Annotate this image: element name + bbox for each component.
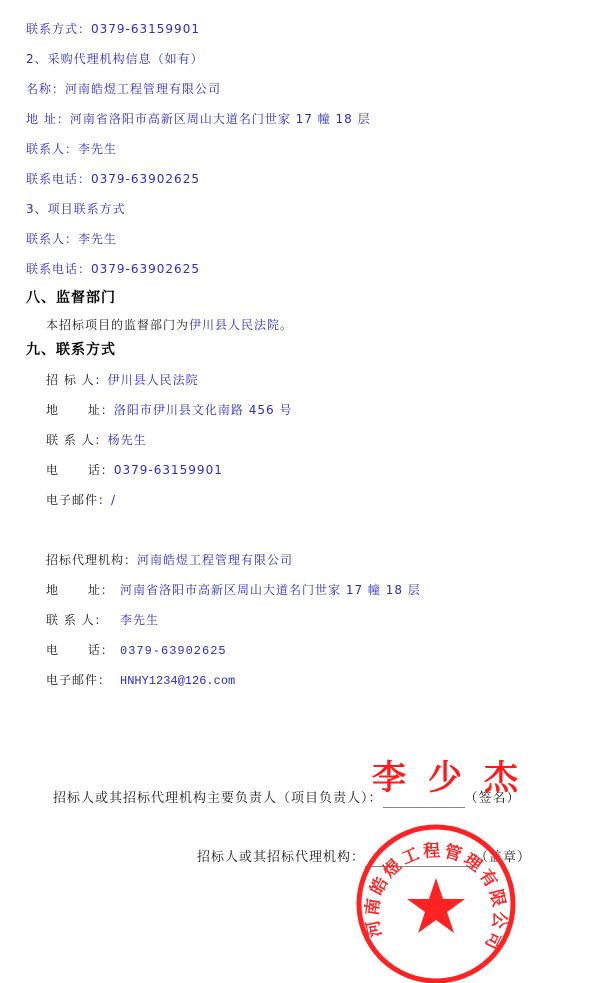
procurer-phone-line: 联系方式：0379-63159901: [26, 21, 200, 37]
section8-text: 本招标项目的监督部门为伊川县人民法院。: [46, 317, 293, 333]
section9-heading: 九、联系方式: [26, 341, 116, 359]
project-phone-label: 联系电话：: [26, 262, 91, 276]
agency2-address-value: 河南省洛阳市高新区周山大道名门世家 17 幢 18 层: [120, 583, 421, 597]
tenderer-address-label: 地 址：: [46, 402, 114, 418]
tenderer-address-line: 地 址：洛阳市伊川县文化南路 456 号: [46, 402, 292, 418]
company-stamp: 河南皓煜工程管理有限公司: [354, 822, 518, 983]
star-icon: [407, 878, 465, 933]
procurer-phone-value: 0379-63159901: [91, 22, 200, 36]
agency2-address-line: 地 址：河南省洛阳市高新区周山大道名门世家 17 幢 18 层: [46, 582, 421, 598]
tenderer-contact-line: 联 系 人：杨先生: [46, 432, 147, 448]
project-contact-label: 联系人：: [26, 232, 78, 246]
seal-label: 招标人或其招标代理机构：: [197, 850, 365, 865]
agency-contact-label: 联系人：: [26, 142, 78, 156]
agency2-contact-value: 李先生: [120, 613, 159, 627]
agency2-phone-line: 电 话：0379-63902625: [46, 642, 227, 659]
tenderer-email-label: 电子邮件：: [46, 492, 111, 508]
tenderer-email-value: /: [111, 493, 116, 507]
tenderer-email-line: 电子邮件：/: [46, 492, 116, 508]
tenderer-address-value: 洛阳市伊川县文化南路 456 号: [114, 403, 293, 417]
responsible-label: 招标人或其招标代理机构主要负责人（项目负责人）：: [53, 791, 383, 806]
agency-phone-line: 联系电话：0379-63902625: [26, 171, 200, 187]
tenderer-name-label: 招 标 人：: [46, 372, 108, 388]
tenderer-contact-label: 联 系 人：: [46, 432, 108, 448]
tenderer-name-line: 招 标 人：伊川县人民法院: [46, 372, 199, 388]
procurer-phone-label: 联系方式：: [26, 22, 91, 36]
agency2-phone-label: 电 话：: [46, 642, 120, 658]
agency-address-line: 地 址：河南省洛阳市高新区周山大道名门世家 17 幢 18 层: [26, 111, 371, 127]
agency2-email-label: 电子邮件：: [46, 672, 120, 688]
supervisor-name: 伊川县人民法院: [189, 318, 280, 332]
agency2-address-label: 地 址：: [46, 582, 120, 598]
agency2-phone-value: 0379-63902625: [120, 644, 227, 658]
agency2-email-line: 电子邮件：HNHY1234@126.com: [46, 672, 235, 689]
agency-name-value: 河南皓煜工程管理有限公司: [65, 82, 221, 96]
agency-phone-value: 0379-63902625: [91, 172, 200, 186]
agency-info-title: 2、采购代理机构信息（如有）: [26, 51, 204, 67]
project-contact-value: 李先生: [78, 232, 117, 246]
agency-name-line: 名称：河南皓煜工程管理有限公司: [26, 81, 221, 97]
tenderer-phone-line: 电 话：0379-63159901: [46, 462, 223, 478]
tenderer-contact-value: 杨先生: [108, 433, 147, 447]
agency-contact-line: 联系人：李先生: [26, 141, 117, 157]
agency-address-value: 河南省洛阳市高新区周山大道名门世家 17 幢 18 层: [70, 112, 371, 126]
agency2-name-value: 河南皓煜工程管理有限公司: [137, 553, 293, 567]
tenderer-phone-label: 电 话：: [46, 462, 114, 478]
tenderer-phone-value: 0379-63159901: [114, 463, 223, 477]
agency2-contact-label: 联 系 人：: [46, 612, 120, 628]
section8-text-suffix: 。: [280, 318, 293, 332]
agency2-name-line: 招标代理机构：河南皓煜工程管理有限公司: [46, 552, 293, 568]
agency2-name-label: 招标代理机构：: [46, 552, 137, 568]
agency-contact-value: 李先生: [78, 142, 117, 156]
project-phone-line: 联系电话：0379-63902625: [26, 261, 200, 277]
project-contact-title: 3、项目联系方式: [26, 201, 126, 217]
agency2-email-value: HNHY1234@126.com: [120, 674, 235, 688]
section8-heading: 八、监督部门: [26, 289, 116, 307]
section8-text-prefix: 本招标项目的监督部门为: [46, 318, 189, 332]
agency2-contact-line: 联 系 人：李先生: [46, 612, 159, 628]
handwritten-signature: 李少杰: [372, 758, 540, 798]
agency-address-label: 地 址：: [26, 112, 70, 126]
project-contact-line: 联系人：李先生: [26, 231, 117, 247]
tenderer-name-value: 伊川县人民法院: [108, 373, 199, 387]
agency-phone-label: 联系电话：: [26, 172, 91, 186]
agency-name-label: 名称：: [26, 82, 65, 96]
project-phone-value: 0379-63902625: [91, 262, 200, 276]
